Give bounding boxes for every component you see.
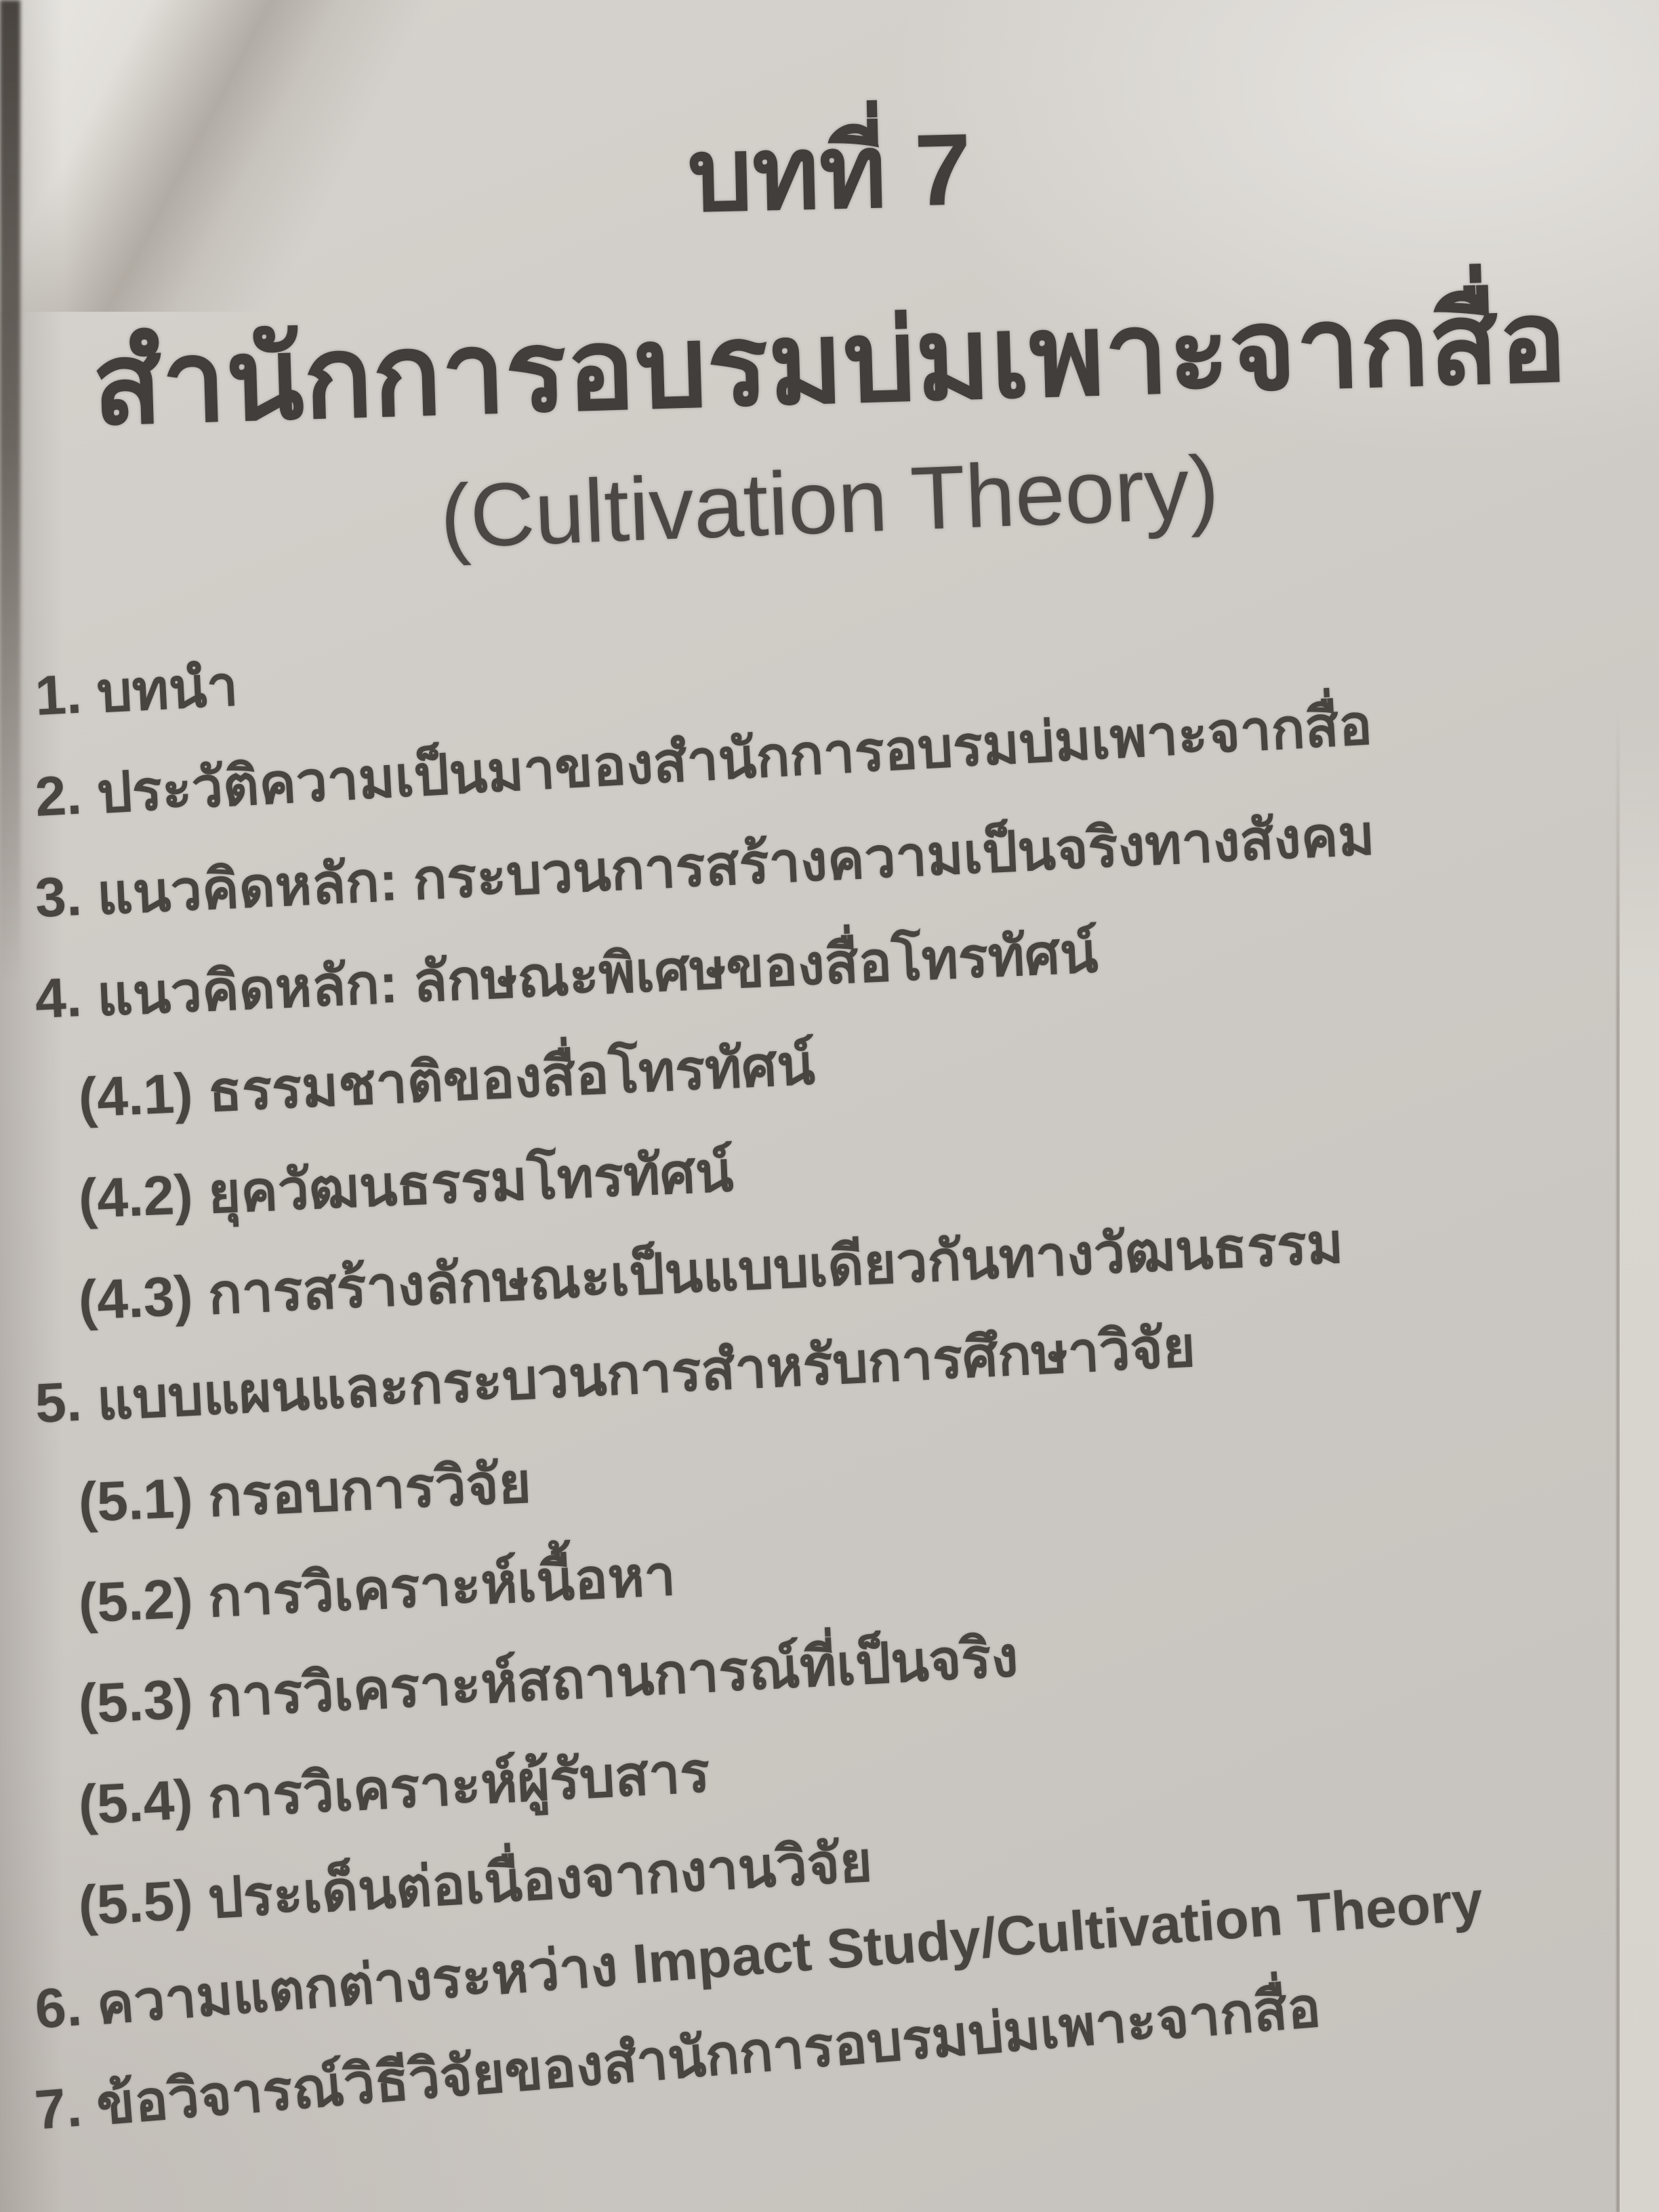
chapter-number-heading: บทที่ 7 — [0, 73, 1659, 271]
photographed-book-page: { "page": { "chapter_label": "บทที่ 7", … — [0, 0, 1659, 2212]
chapter-outline-list: 1. บทนำ 2. ประวัติความเป็นมาของสำนักการอ… — [35, 668, 1639, 2140]
